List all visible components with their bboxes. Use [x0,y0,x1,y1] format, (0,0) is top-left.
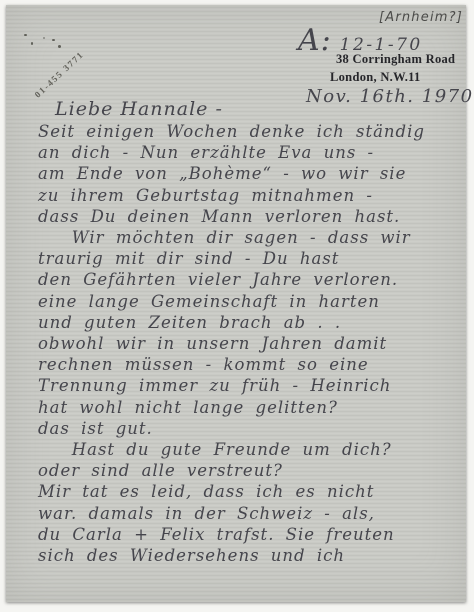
phone-number-stamp: 01-455 3771 [33,49,86,100]
letter-line: Hast du gute Freunde um dich? [38,439,462,460]
letter-body: Seit einigen Wochen denke ich ständigan … [38,121,462,566]
letter-paper: 01-455 3771 [Arnheim?] A: 12-1-70 38 Cor… [6,5,466,602]
letter-line: rechnen müssen - kommt so eine [38,354,462,375]
letter-line: Trennung immer zu früh - Heinrich [38,375,462,396]
letter-line: an dich - Nun erzählte Eva uns - [38,142,462,163]
letter-line: dass Du deinen Mann verloren hast. [38,206,462,227]
letterhead-address-line2: London, N.W.11 [330,69,455,87]
letter-line: du Carla + Felix trafst. Sie freuten [38,524,462,545]
date-line: Nov. 16th. 1970 [306,86,474,107]
letter-line: das ist gut. [38,418,462,439]
letter-line: obwohl wir in unsern Jahren damit [38,333,462,354]
letter-line: war. damals in der Schweiz - als, [38,503,462,524]
letter-line: traurig mit dir sind - Du hast [38,248,462,269]
letter-line: oder sind alle verstreut? [38,460,462,481]
letter-line: am Ende von „Bohème“ - wo wir sie [38,163,462,184]
letter-line: sich des Wiedersehens und ich [38,545,462,566]
letter-line: Wir möchten dir sagen - dass wir [38,227,462,248]
letter-line: zu ihrem Geburtstag mitnahmen - [38,185,462,206]
letterhead-address-line1: 38 Corringham Road [330,51,455,69]
letter-line: den Gefährten vieler Jahre verloren. [38,269,462,290]
letter-line: und guten Zeiten brach ab . . [38,312,462,333]
letter-line: eine lange Gemeinschaft in harten [38,291,462,312]
letterhead: 38 Corringham Road London, N.W.11 [330,51,455,86]
letter-line: hat wohl nicht lange gelitten? [38,397,462,418]
greeting-line: Liebe Hannale - [55,98,223,120]
letter-line: Mir tat es leid, dass ich es nicht [38,481,462,502]
letter-line: Seit einigen Wochen denke ich ständig [38,121,462,142]
